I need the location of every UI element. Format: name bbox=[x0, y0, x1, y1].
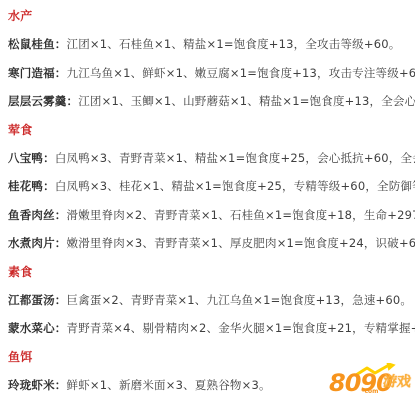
dish-recipe: 白凤鸭×3、桂花×1、精盐×1=饱食度+25，专精等级+60，全防御等级+30。 bbox=[55, 179, 415, 193]
dish-name: 江都蛋汤： bbox=[8, 293, 67, 307]
dish-recipe: 青野青菜×4、剔骨精肉×2、金华火腿×1=饱食度+21，专精掌握+60。 bbox=[67, 321, 415, 335]
recipe-line: 蒙水菜心：青野青菜×4、剔骨精肉×2、金华火腿×1=饱食度+21，专精掌握+60… bbox=[8, 314, 415, 342]
section-heading: 水产 bbox=[8, 2, 415, 30]
dish-name: 玲珑虾米： bbox=[8, 378, 67, 392]
dish-recipe: 滑嫩里脊肉×2、青野青菜×1、石桂鱼×1=饱食度+18，生命+297，急速+60… bbox=[67, 208, 415, 222]
recipe-line: 层层云雾羹：江团×1、玉鲫×1、山野蘑菇×1、精盐×1=饱食度+13，全会心+6… bbox=[8, 87, 415, 115]
dish-name: 桂花鸭： bbox=[8, 179, 55, 193]
recipe-line: 江都蛋汤：巨禽蛋×2、青野青菜×1、九江乌鱼×1=饱食度+13，急速+60。 bbox=[8, 286, 415, 314]
dish-recipe: 巨禽蛋×2、青野青菜×1、九江乌鱼×1=饱食度+13，急速+60。 bbox=[67, 293, 413, 307]
recipe-line: 水煮肉片：嫩滑里脊肉×3、青野青菜×1、厚皮肥肉×1=饱食度+24，识破+60。 bbox=[8, 229, 415, 257]
dish-recipe: 江团×1、石桂鱼×1、精盐×1=饱食度+13，全攻击等级+60。 bbox=[67, 37, 401, 51]
recipe-line: 松鼠桂鱼：江团×1、石桂鱼×1、精盐×1=饱食度+13，全攻击等级+60。 bbox=[8, 30, 415, 58]
logo-suffix: 游戏 bbox=[382, 371, 412, 391]
dish-recipe: 江团×1、玉鲫×1、山野蘑菇×1、精盐×1=饱食度+13，全会心+60。 bbox=[78, 94, 415, 108]
dish-name: 八宝鸭： bbox=[8, 151, 55, 165]
recipe-line: 鱼香肉丝：滑嫩里脊肉×2、青野青菜×1、石桂鱼×1=饱食度+18，生命+297，… bbox=[8, 201, 415, 229]
section-heading: 荤食 bbox=[8, 116, 415, 144]
dish-name: 寒门造福： bbox=[8, 66, 67, 80]
recipe-line: 桂花鸭：白凤鸭×3、桂花×1、精盐×1=饱食度+25，专精等级+60，全防御等级… bbox=[8, 172, 415, 200]
site-logo[interactable]: 8090 -com 游戏 bbox=[329, 363, 411, 397]
recipe-line: 寒门造福：九江乌鱼×1、鲜虾×1、嫩豆腐×1=饱食度+13，攻击专注等级+60。 bbox=[8, 59, 415, 87]
dish-name: 蒙水菜心： bbox=[8, 321, 67, 335]
dish-recipe: 九江乌鱼×1、鲜虾×1、嫩豆腐×1=饱食度+13，攻击专注等级+60。 bbox=[67, 66, 415, 80]
dish-name: 水煮肉片： bbox=[8, 236, 67, 250]
dish-recipe: 白凤鸭×3、青野青菜×1、精盐×1=饱食度+25，会心抵抗+60，全会心+60。 bbox=[55, 151, 415, 165]
dish-name: 层层云雾羹： bbox=[8, 94, 78, 108]
dish-recipe: 鲜虾×1、新磨米面×3、夏熟谷物×3。 bbox=[67, 378, 271, 392]
recipe-line: 八宝鸭：白凤鸭×3、青野青菜×1、精盐×1=饱食度+25，会心抵抗+60，全会心… bbox=[8, 144, 415, 172]
recipe-list: 水产 松鼠桂鱼：江团×1、石桂鱼×1、精盐×1=饱食度+13，全攻击等级+60。… bbox=[8, 2, 415, 399]
dish-name: 鱼香肉丝： bbox=[8, 208, 67, 222]
dish-name: 松鼠桂鱼： bbox=[8, 37, 67, 51]
dish-recipe: 嫩滑里脊肉×3、青野青菜×1、厚皮肥肉×1=饱食度+24，识破+60。 bbox=[67, 236, 415, 250]
section-heading: 素食 bbox=[8, 258, 415, 286]
logo-domain: -com bbox=[362, 388, 378, 395]
